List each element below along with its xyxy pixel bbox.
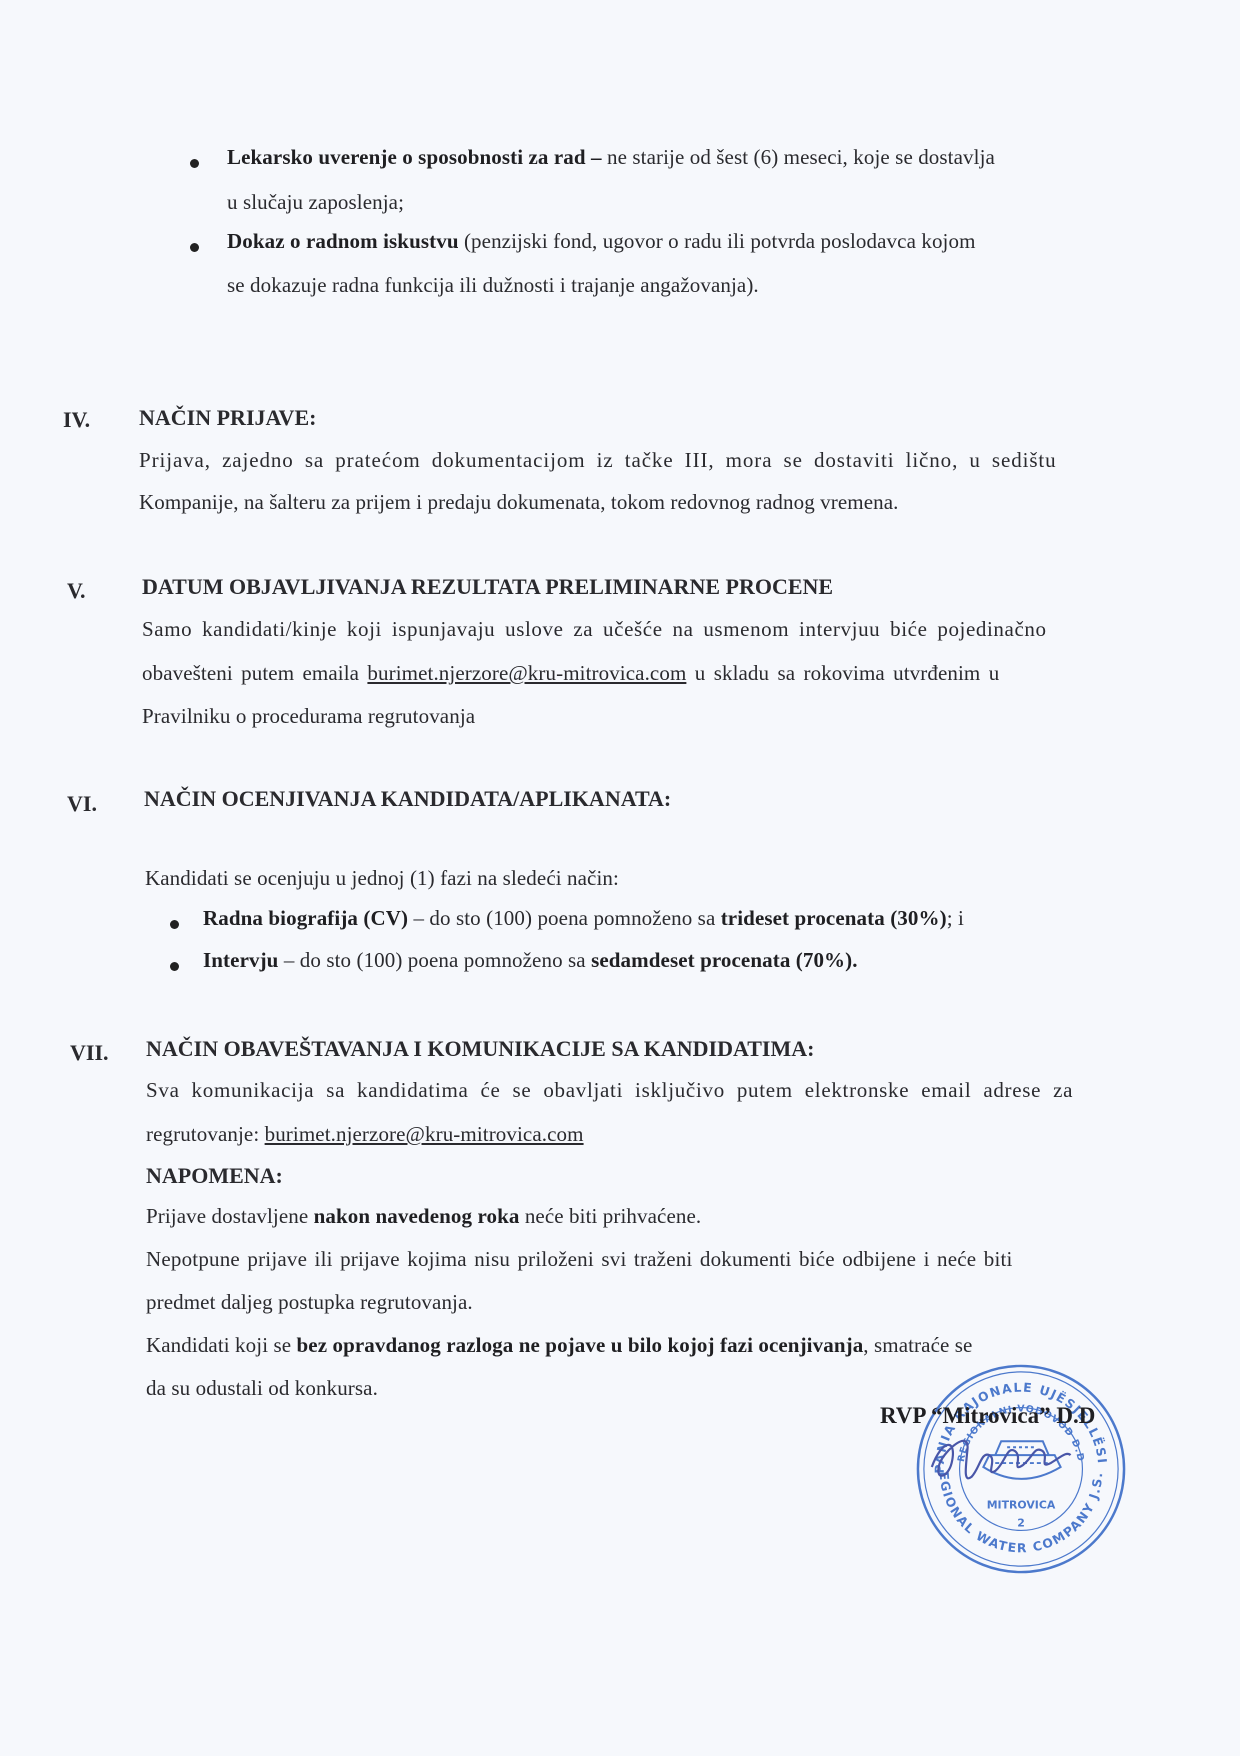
note-title: NAPOMENA: (146, 1163, 283, 1189)
section-vi-numeral: VI. (67, 791, 97, 817)
section-iii-item-2-continuation: se dokazuje radna funkcija ili dužnosti … (227, 273, 759, 298)
section-iii-item-1: Lekarsko uverenje o sposobnosti za rad –… (227, 145, 995, 170)
section-vii-numeral: VII. (70, 1040, 109, 1066)
section-v-line-1: Samo kandidati/kinje koji ispunjavaju us… (142, 617, 1047, 642)
note-line-4: Kandidati koji se bez opravdanog razloga… (146, 1333, 972, 1358)
section-iv-numeral: IV. (63, 407, 90, 433)
section-vi-item-cv: Radna biografija (CV) – do sto (100) poe… (203, 906, 964, 931)
section-iii-item-1-continuation: u slučaju zaposlenja; (227, 190, 404, 215)
section-v-line-3: Pravilniku o procedurama regrutovanja (142, 704, 475, 729)
section-iv-title: NAČIN PRIJAVE: (139, 405, 316, 431)
bullet-icon (170, 962, 179, 971)
email-link[interactable]: burimet.njerzore@kru-mitrovica.com (367, 661, 686, 685)
note-line-1: Prijave dostavljene nakon navedenog roka… (146, 1204, 701, 1229)
note-line-3: predmet daljeg postupka regrutovanja. (146, 1290, 473, 1315)
section-iv-line-1: Prijava, zajedno sa pratećom dokumentaci… (139, 448, 1057, 473)
section-iii-item-2: Dokaz o radnom iskustvu (penzijski fond,… (227, 229, 976, 254)
bullet-icon (170, 920, 179, 929)
section-v-numeral: V. (67, 578, 86, 604)
company-stamp-icon: KOMPANIA RAJONALE UJËSJELLËSI SH.A REGIO… (912, 1360, 1130, 1578)
section-v-line-2: obavešteni putem emaila burimet.njerzore… (142, 661, 999, 686)
section-v-title: DATUM OBJAVLJIVANJA REZULTATA PRELIMINAR… (142, 574, 833, 600)
section-vii-title: NAČIN OBAVEŠTAVANJA I KOMUNIKACIJE SA KA… (146, 1036, 814, 1062)
signature-title: RVP “Mitrovica” D.D (880, 1403, 1095, 1429)
section-iv-line-2: Kompanije, na šalteru za prijem i predaj… (139, 490, 899, 515)
section-vii-line-1: Sva komunikacija sa kandidatima će se ob… (146, 1078, 1073, 1103)
section-vi-intro: Kandidati se ocenjuju u jednoj (1) fazi … (145, 866, 619, 891)
svg-text:2: 2 (1017, 1516, 1025, 1529)
email-link[interactable]: burimet.njerzore@kru-mitrovica.com (265, 1122, 584, 1146)
note-line-5: da su odustali od konkursa. (146, 1376, 378, 1401)
bullet-icon (190, 243, 199, 252)
svg-text:MITROVICA: MITROVICA (987, 1499, 1056, 1512)
section-vi-title: NAČIN OCENJIVANJA KANDIDATA/APLIKANATA: (144, 786, 671, 812)
section-vi-item-interview: Intervju – do sto (100) poena pomnoženo … (203, 948, 858, 973)
section-vii-line-2: regrutovanje: burimet.njerzore@kru-mitro… (146, 1122, 584, 1147)
document-page: Lekarsko uverenje o sposobnosti za rad –… (0, 0, 1240, 1756)
note-line-2: Nepotpune prijave ili prijave kojima nis… (146, 1247, 1013, 1272)
bullet-icon (190, 159, 199, 168)
